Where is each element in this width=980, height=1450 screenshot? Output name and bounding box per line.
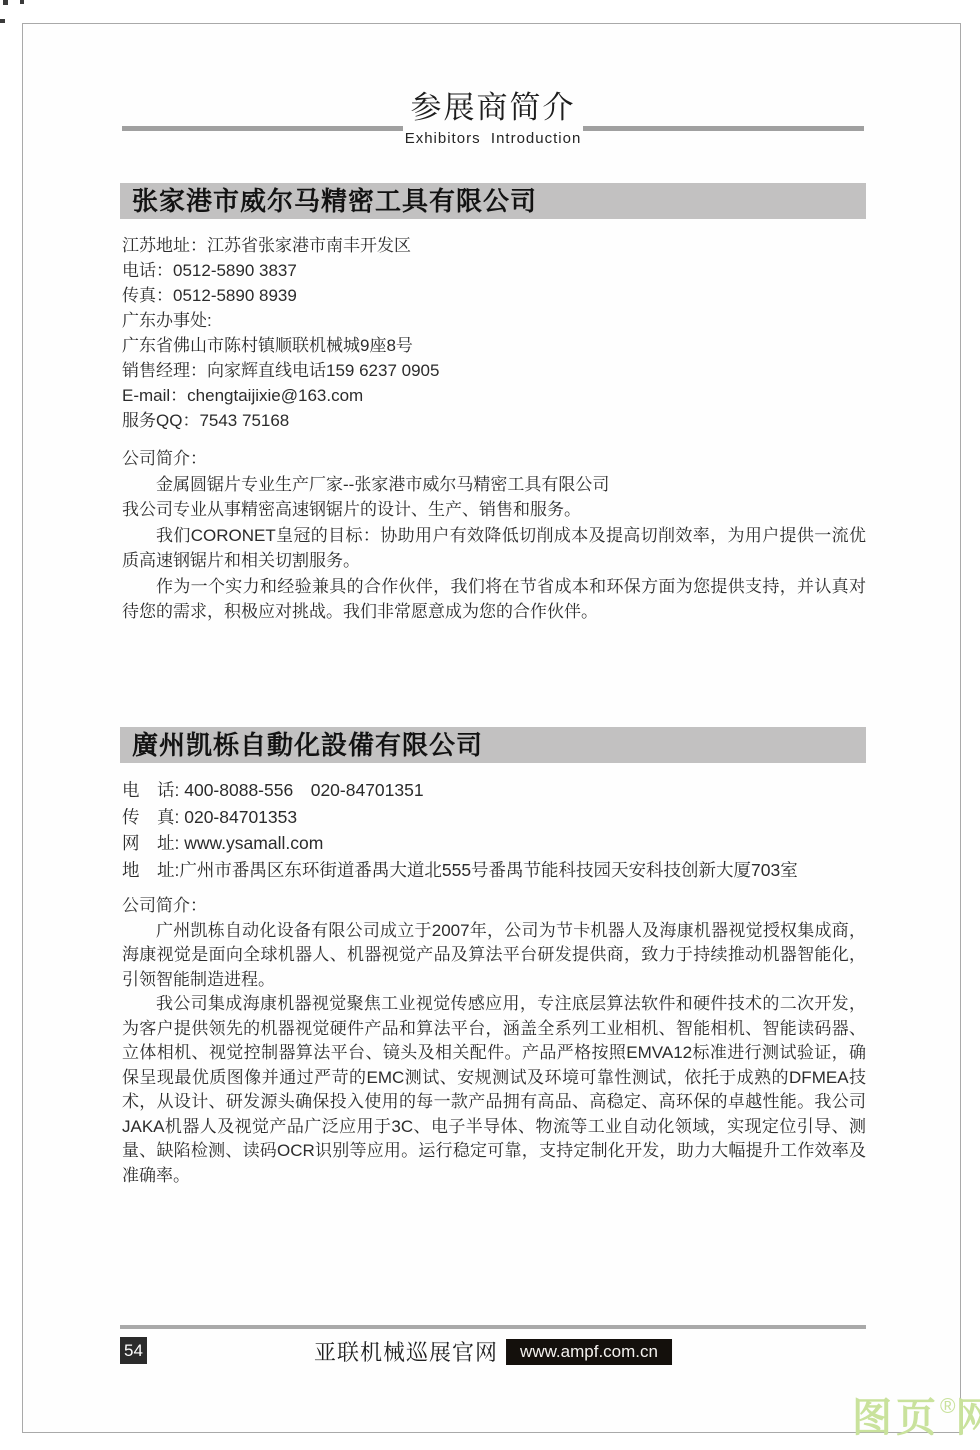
page-subtitle: Exhibitors Introduction bbox=[120, 130, 866, 147]
contact-line: 广东省佛山市陈村镇顺联机械城9座8号 bbox=[122, 333, 866, 358]
contact-line: 传真：0512-5890 8939 bbox=[122, 283, 866, 308]
title-rule-left bbox=[122, 126, 403, 131]
crop-mark bbox=[0, 19, 5, 23]
intro-paragraph: 我公司专业从事精密高速钢锯片的设计、生产、销售和服务。 bbox=[122, 497, 866, 523]
watermark-text: 图页 bbox=[852, 1396, 940, 1440]
footer-site-url: www.ampf.com.cn bbox=[506, 1339, 672, 1365]
company-name-banner: 廣州凯栎自動化設備有限公司 bbox=[120, 727, 866, 763]
intro-paragraph: 作为一个实力和经验兼具的合作伙伴，我们将在节省成本和环保方面为您提供支持，并认真… bbox=[122, 574, 866, 625]
page-number: 54 bbox=[120, 1337, 147, 1364]
intro-paragraphs: 金属圆锯片专业生产厂家--张家港市威尔马精密工具有限公司我公司专业从事精密高速钢… bbox=[122, 472, 866, 625]
contact-line: E-mail：chengtaijixie@163.com bbox=[122, 383, 866, 408]
footer-rule bbox=[120, 1325, 866, 1329]
contact-line: 销售经理：向家辉直线电话159 6237 0905 bbox=[122, 358, 866, 383]
company-name: 廣州凯栎自動化設備有限公司 bbox=[132, 730, 483, 760]
contact-line: 地 址:广州市番禺区东环街道番禺大道北555号番禺节能科技园天安科技创新大厦70… bbox=[122, 857, 866, 884]
company-intro: 公司简介： 金属圆锯片专业生产厂家--张家港市威尔马精密工具有限公司我公司专业从… bbox=[120, 446, 866, 625]
intro-paragraph: 我公司集成海康机器视觉聚焦工业视觉传感应用，专注底层算法软件和硬件技术的二次开发… bbox=[122, 992, 866, 1188]
footer-center: 亚联机械巡展官网 www.ampf.com.cn bbox=[314, 1336, 672, 1367]
registered-mark-icon: ® bbox=[940, 1395, 955, 1418]
page-header: 参展商简介 Exhibitors Introduction bbox=[120, 88, 866, 160]
intro-paragraph: 广州凯栋自动化设备有限公司成立于2007年，公司为节卡机器人及海康机器视觉授权集… bbox=[122, 919, 866, 993]
company-section-kaili: 廣州凯栎自動化設備有限公司 电 话: 400-8088-556 020-8470… bbox=[120, 727, 866, 1188]
contact-line: 传 真: 020-84701353 bbox=[122, 804, 866, 831]
contact-line: 电话：0512-5890 3837 bbox=[122, 258, 866, 283]
crop-mark bbox=[3, 0, 8, 5]
title-rule-right bbox=[583, 126, 864, 131]
contact-block: 电 话: 400-8088-556 020-84701351传 真: 020-8… bbox=[120, 777, 866, 883]
contact-line: 广东办事处: bbox=[122, 308, 866, 333]
tuyewang-watermark: 图页®网 bbox=[852, 1384, 980, 1441]
intro-paragraph: 我们CORONET皇冠的目标：协助用户有效降低切削成本及提高切削效率，为用户提供… bbox=[122, 523, 866, 574]
company-section-weierma: 张家港市威尔马精密工具有限公司 江苏地址：江苏省张家港市南丰开发区电话：0512… bbox=[120, 183, 866, 625]
company-name: 张家港市威尔马精密工具有限公司 bbox=[132, 186, 537, 216]
contact-line: 江苏地址：江苏省张家港市南丰开发区 bbox=[122, 233, 866, 258]
footer: 54 亚联机械巡展官网 www.ampf.com.cn bbox=[120, 1336, 866, 1366]
intro-heading: 公司简介： bbox=[122, 446, 866, 472]
company-name-banner: 张家港市威尔马精密工具有限公司 bbox=[120, 183, 866, 219]
intro-paragraphs: 广州凯栋自动化设备有限公司成立于2007年，公司为节卡机器人及海康机器视觉授权集… bbox=[122, 919, 866, 1189]
crop-mark bbox=[20, 0, 24, 4]
watermark-text: 网 bbox=[955, 1396, 980, 1440]
intro-heading: 公司简介： bbox=[122, 894, 866, 919]
page-title: 参展商简介 bbox=[120, 88, 866, 128]
contact-line: 电 话: 400-8088-556 020-84701351 bbox=[122, 777, 866, 804]
footer-site-label: 亚联机械巡展官网 bbox=[314, 1336, 498, 1367]
contact-block: 江苏地址：江苏省张家港市南丰开发区电话：0512-5890 3837传真：051… bbox=[120, 233, 866, 433]
contact-line: 服务QQ：7543 75168 bbox=[122, 408, 866, 433]
company-intro: 公司简介： 广州凯栋自动化设备有限公司成立于2007年，公司为节卡机器人及海康机… bbox=[120, 894, 866, 1188]
contact-line: 网 址: www.ysamall.com bbox=[122, 830, 866, 857]
intro-paragraph: 金属圆锯片专业生产厂家--张家港市威尔马精密工具有限公司 bbox=[122, 472, 866, 498]
